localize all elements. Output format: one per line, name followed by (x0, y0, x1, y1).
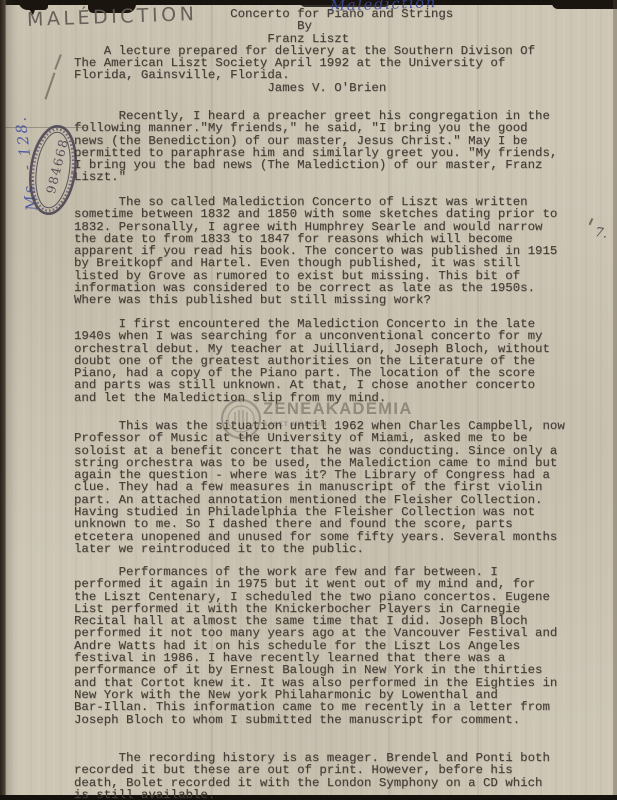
typed-paragraph-4: This was the situation until 1962 when C… (74, 420, 565, 555)
typed-paragraph-6: The recording history is as meager. Bren… (74, 752, 550, 800)
typed-paragraph-2: The so called Malediction Concerto of Li… (74, 196, 557, 307)
stamp-number: 984668 (43, 137, 71, 196)
handwritten-margin-mark: 7. (594, 225, 608, 242)
typed-paragraph-3: I first encountered the Malediction Conc… (74, 318, 550, 404)
pencil-slash-mark (44, 72, 55, 99)
ink-tick-mark (589, 218, 593, 225)
pencil-slash-mark (54, 54, 62, 70)
page-right-edge (613, 0, 617, 800)
library-oval-stamp: 984668 (27, 120, 79, 220)
scanned-document-page: MALÉDICTION Malediction Ms. - 128. 7. 98… (0, 0, 617, 800)
typed-title-block: Concerto for Piano and Strings By Franz … (74, 8, 535, 94)
page-left-edge (0, 0, 7, 800)
torn-edge-blob (552, 0, 617, 9)
typed-paragraph-1: Recently, I heard a preacher greet his c… (74, 110, 557, 184)
typed-paragraph-5: Performances of the work are few and far… (74, 566, 557, 726)
